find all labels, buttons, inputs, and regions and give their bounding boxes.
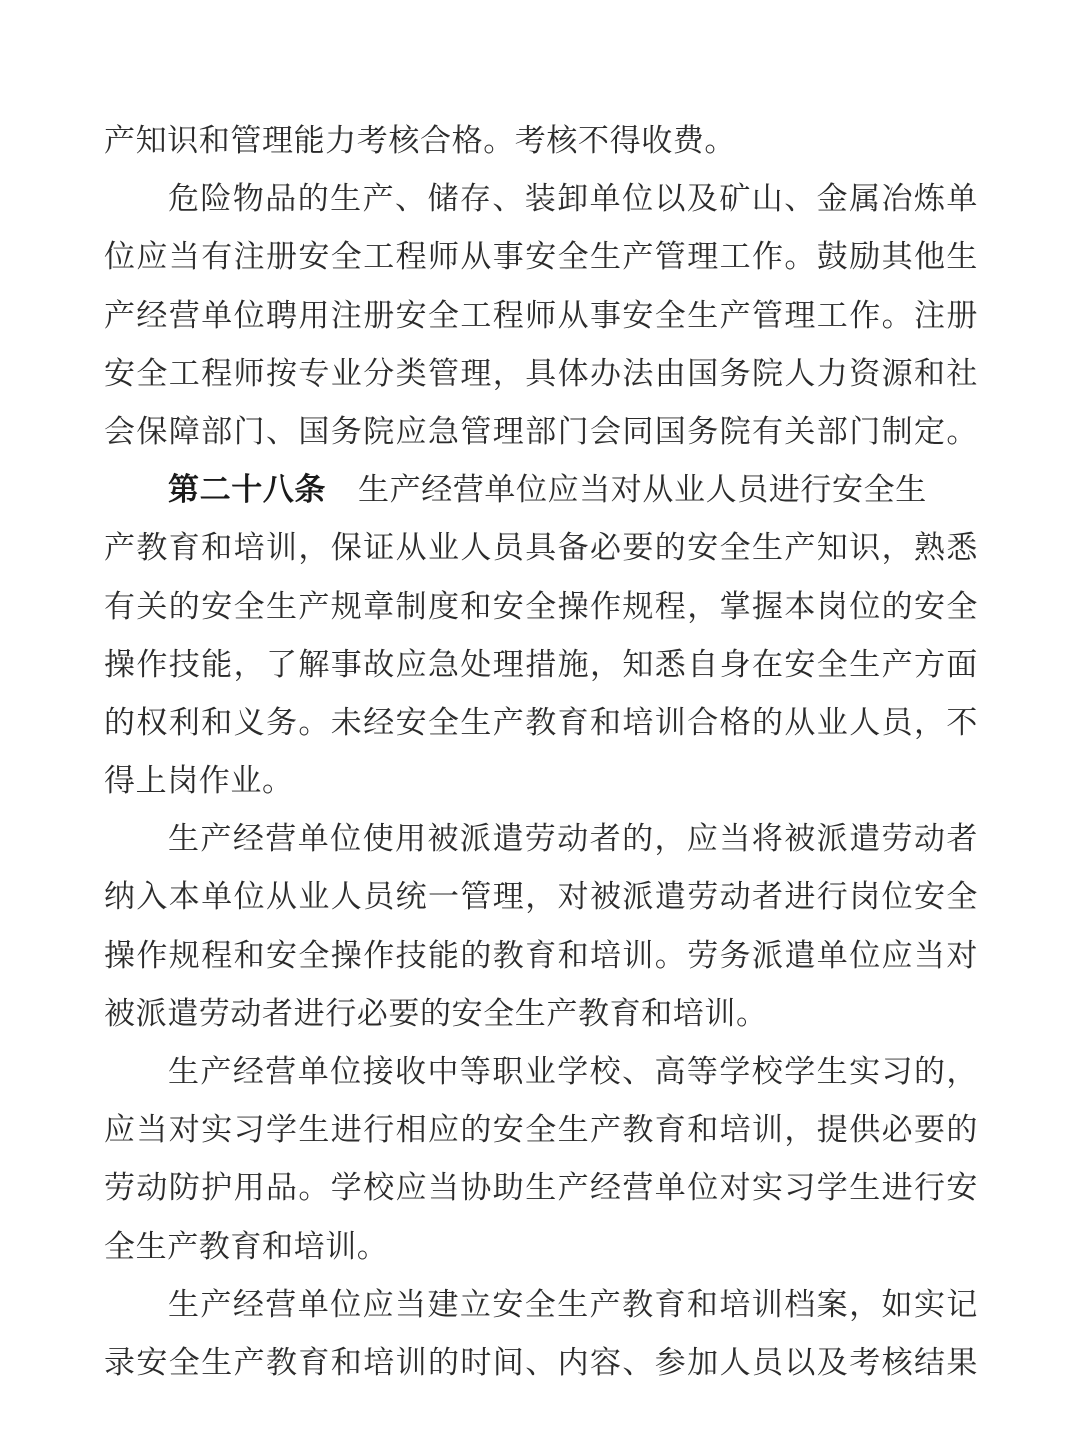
text-line: 会保障部门、国务院应急管理部门会同国务院有关部门制定。	[104, 403, 978, 461]
text-line: 操作技能，了解事故应急处理措施，知悉自身在安全生产方面	[104, 636, 978, 694]
text-line: 被派遣劳动者进行必要的安全生产教育和培训。	[104, 985, 978, 1043]
paragraph: 生产经营单位接收中等职业学校、高等学校学生实习的， 应当对实习学生进行相应的安全…	[104, 1043, 978, 1276]
text-line: 纳入本单位从业人员统一管理，对被派遣劳动者进行岗位安全	[104, 868, 978, 926]
text-line: 的权利和义务。未经安全生产教育和培训合格的从业人员，不	[104, 694, 978, 752]
article-text: 生产经营单位应当对从业人员进行安全生	[358, 472, 927, 508]
text-line: 生产经营单位使用被派遣劳动者的，应当将被派遣劳动者	[104, 810, 978, 868]
text-line: 产经营单位聘用注册安全工程师从事安全生产管理工作。注册	[104, 287, 978, 345]
text-line: 劳动防护用品。学校应当协助生产经营单位对实习学生进行安	[104, 1159, 978, 1217]
paragraph: 危险物品的生产、储存、装卸单位以及矿山、金属冶炼单 位应当有注册安全工程师从事安…	[104, 170, 978, 461]
text-line: 危险物品的生产、储存、装卸单位以及矿山、金属冶炼单	[104, 170, 978, 228]
text-line: 安全工程师按专业分类管理，具体办法由国务院人力资源和社	[104, 345, 978, 403]
text-line: 产知识和管理能力考核合格。考核不得收费。	[104, 112, 978, 170]
paragraph: 产知识和管理能力考核合格。考核不得收费。	[104, 112, 978, 170]
document-page: 产知识和管理能力考核合格。考核不得收费。 危险物品的生产、储存、装卸单位以及矿山…	[104, 112, 978, 1392]
text-line: 录安全生产教育和培训的时间、内容、参加人员以及考核结果	[104, 1334, 978, 1392]
text-line: 全生产教育和培训。	[104, 1218, 978, 1276]
text-line: 产教育和培训，保证从业人员具备必要的安全生产知识，熟悉	[104, 519, 978, 577]
text-line: 第二十八条生产经营单位应当对从业人员进行安全生	[104, 461, 978, 519]
text-line: 位应当有注册安全工程师从事安全生产管理工作。鼓励其他生	[104, 228, 978, 286]
text-line: 得上岗作业。	[104, 752, 978, 810]
text-line: 生产经营单位应当建立安全生产教育和培训档案，如实记	[104, 1276, 978, 1334]
paragraph: 生产经营单位使用被派遣劳动者的，应当将被派遣劳动者 纳入本单位从业人员统一管理，…	[104, 810, 978, 1043]
paragraph: 生产经营单位应当建立安全生产教育和培训档案，如实记 录安全生产教育和培训的时间、…	[104, 1276, 978, 1392]
text-line: 操作规程和安全操作技能的教育和培训。劳务派遣单位应当对	[104, 927, 978, 985]
article-paragraph: 第二十八条生产经营单位应当对从业人员进行安全生 产教育和培训，保证从业人员具备必…	[104, 461, 978, 810]
text-line: 应当对实习学生进行相应的安全生产教育和培训，提供必要的	[104, 1101, 978, 1159]
text-line: 生产经营单位接收中等职业学校、高等学校学生实习的，	[104, 1043, 978, 1101]
text-line: 有关的安全生产规章制度和安全操作规程，掌握本岗位的安全	[104, 578, 978, 636]
article-number: 第二十八条	[168, 472, 326, 508]
